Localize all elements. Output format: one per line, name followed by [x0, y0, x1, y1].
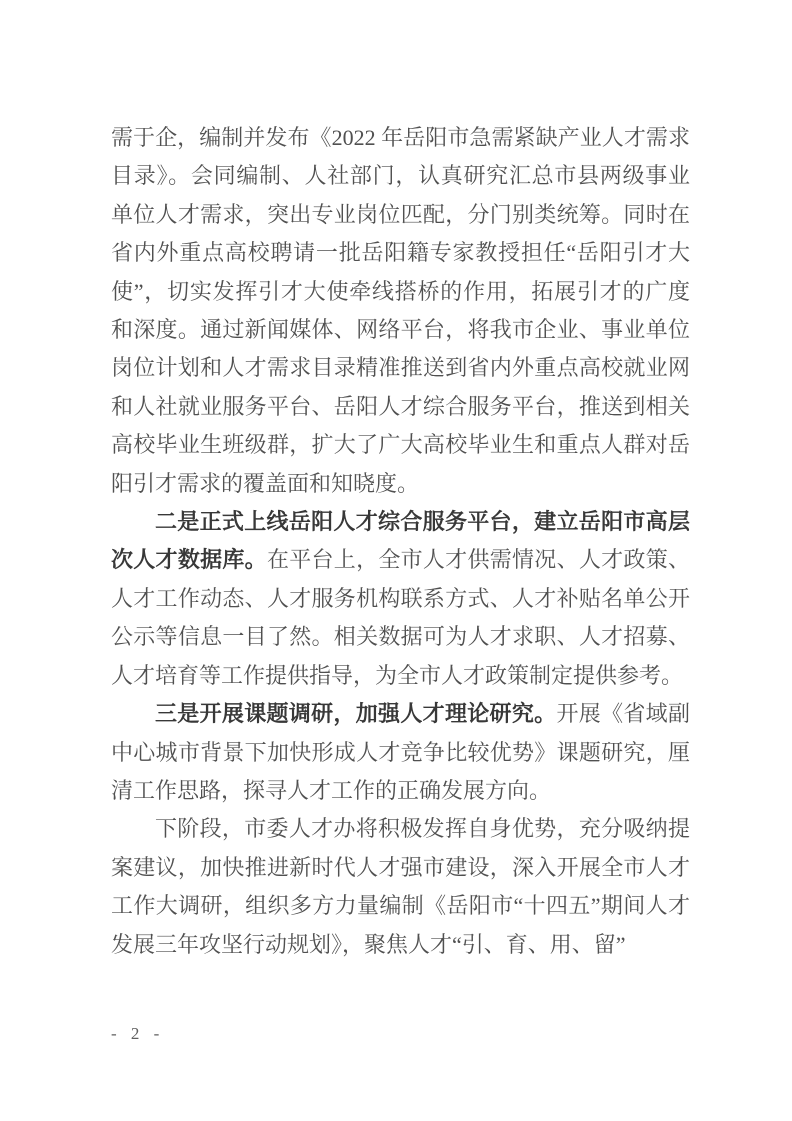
document-body: 需于企，编制并发布《2022 年岳阳市急需紧缺产业人才需求目录》。会同编制、人社…	[111, 119, 690, 964]
paragraph-continuation: 需于企，编制并发布《2022 年岳阳市急需紧缺产业人才需求目录》。会同编制、人社…	[111, 119, 690, 503]
paragraph-third-point: 三是开展课题调研，加强人才理论研究。开展《省域副中心城市背景下加快形成人才竞争比…	[111, 695, 690, 810]
document-page: 需于企，编制并发布《2022 年岳阳市急需紧缺产业人才需求目录》。会同编制、人社…	[0, 0, 792, 1121]
page-number: - 2 -	[111, 1024, 164, 1043]
paragraph-1-text: 需于企，编制并发布《2022 年岳阳市急需紧缺产业人才需求目录》。会同编制、人社…	[111, 125, 690, 496]
paragraph-4-text: 下阶段，市委人才办将积极发挥自身优势，充分吸纳提案建议，加快推进新时代人才强市建…	[111, 816, 690, 956]
paragraph-3-lead: 三是开展课题调研，加强人才理论研究。	[155, 701, 556, 726]
page-footer: - 2 -	[111, 1024, 164, 1050]
paragraph-next-stage: 下阶段，市委人才办将积极发挥自身优势，充分吸纳提案建议，加快推进新时代人才强市建…	[111, 810, 690, 964]
paragraph-second-point: 二是正式上线岳阳人才综合服务平台，建立岳阳市高层次人才数据库。在平台上，全市人才…	[111, 503, 690, 695]
